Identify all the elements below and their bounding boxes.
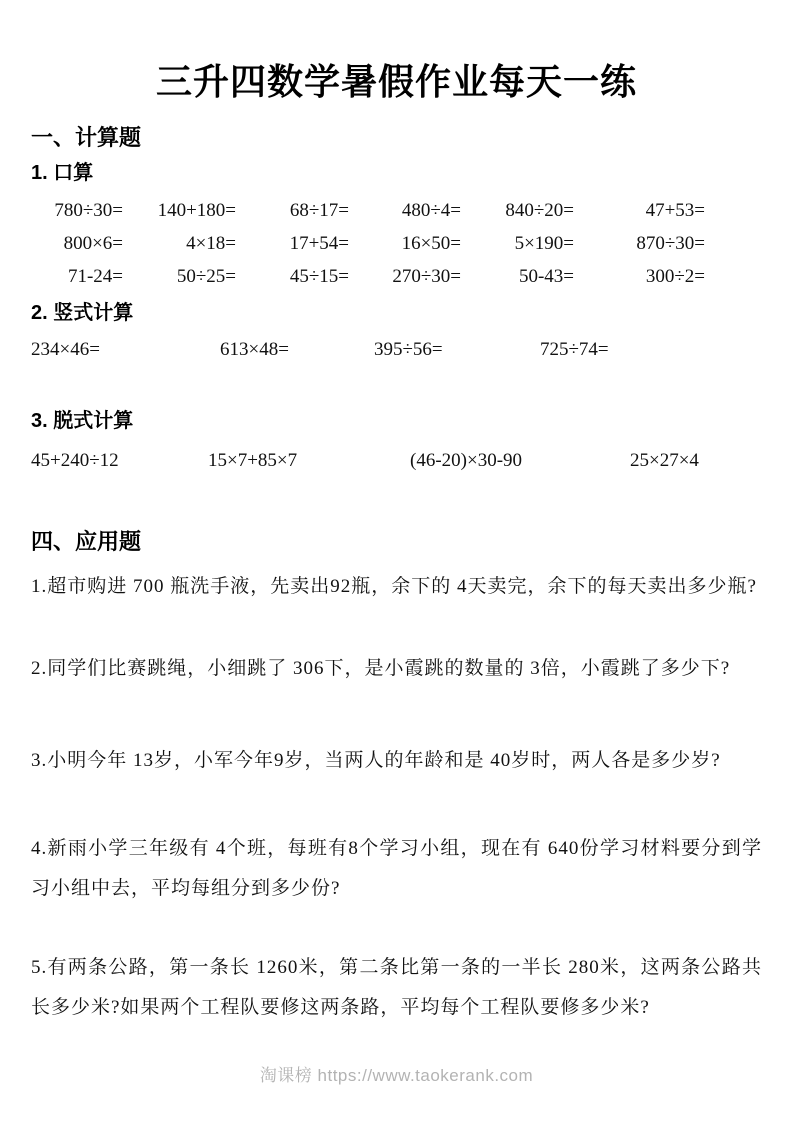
stepwise-problems-row: 45+240÷12 15×7+85×7 (46-20)×30-90 25×27×… — [31, 447, 762, 475]
oral-problem: 68÷17= — [236, 194, 349, 227]
vertical-problem: 613×48= — [220, 336, 374, 364]
stepwise-problem: (46-20)×30-90 — [410, 447, 630, 475]
worksheet-page: 三升四数学暑假作业每天一练 一、计算题 1. 口算 780÷30= 140+18… — [0, 0, 793, 1122]
oral-problem: 5×190= — [461, 227, 574, 260]
oral-problem: 800×6= — [31, 227, 123, 260]
vertical-problem: 395÷56= — [374, 336, 540, 364]
oral-problem: 50÷25= — [123, 260, 236, 293]
word-problem: 5.有两条公路，第一条长 1260米，第二条比第一条的一半长 280米，这两条公… — [31, 948, 762, 1028]
footer-watermark: 淘课榜 https://www.taokerank.com — [0, 1064, 793, 1088]
word-problem: 3.小明今年 13岁，小军今年9岁，当两人的年龄和是 40岁时，两人各是多少岁? — [31, 741, 762, 781]
page-title: 三升四数学暑假作业每天一练 — [31, 0, 762, 106]
oral-problem: 45÷15= — [236, 260, 349, 293]
section-heading-word-problems: 四、应用题 — [31, 527, 762, 557]
oral-problem: 17+54= — [236, 227, 349, 260]
oral-problem: 47+53= — [574, 194, 705, 227]
oral-problem: 50-43= — [461, 260, 574, 293]
oral-problem: 4×18= — [123, 227, 236, 260]
stepwise-problem: 45+240÷12 — [31, 447, 208, 475]
oral-problems-grid: 780÷30= 140+180= 68÷17= 480÷4= 840÷20= 4… — [31, 194, 762, 293]
subsection-heading-oral: 1. 口算 — [31, 159, 762, 187]
oral-problem: 780÷30= — [31, 194, 123, 227]
stepwise-problem: 25×27×4 — [630, 447, 762, 475]
oral-problem: 270÷30= — [349, 260, 461, 293]
section-heading-calculation: 一、计算题 — [31, 123, 762, 153]
subsection-heading-vertical: 2. 竖式计算 — [31, 299, 762, 327]
oral-problem: 140+180= — [123, 194, 236, 227]
oral-problem: 870÷30= — [574, 227, 705, 260]
oral-problem: 71-24= — [31, 260, 123, 293]
oral-problem: 480÷4= — [349, 194, 461, 227]
oral-problem: 300÷2= — [574, 260, 705, 293]
word-problem: 1.超市购进 700 瓶洗手液，先卖出92瓶，余下的 4天卖完，余下的每天卖出多… — [31, 567, 762, 607]
word-problem: 4.新雨小学三年级有 4个班，每班有8个学习小组，现在有 640份学习材料要分到… — [31, 829, 762, 909]
vertical-problems-row: 234×46= 613×48= 395÷56= 725÷74= — [31, 336, 762, 364]
stepwise-problem: 15×7+85×7 — [208, 447, 410, 475]
vertical-problem: 725÷74= — [540, 336, 762, 364]
oral-problem: 840÷20= — [461, 194, 574, 227]
oral-problem: 16×50= — [349, 227, 461, 260]
subsection-heading-stepwise: 3. 脱式计算 — [31, 407, 762, 435]
word-problem: 2.同学们比赛跳绳，小细跳了 306下，是小霞跳的数量的 3倍，小霞跳了多少下? — [31, 649, 762, 689]
vertical-problem: 234×46= — [31, 336, 220, 364]
